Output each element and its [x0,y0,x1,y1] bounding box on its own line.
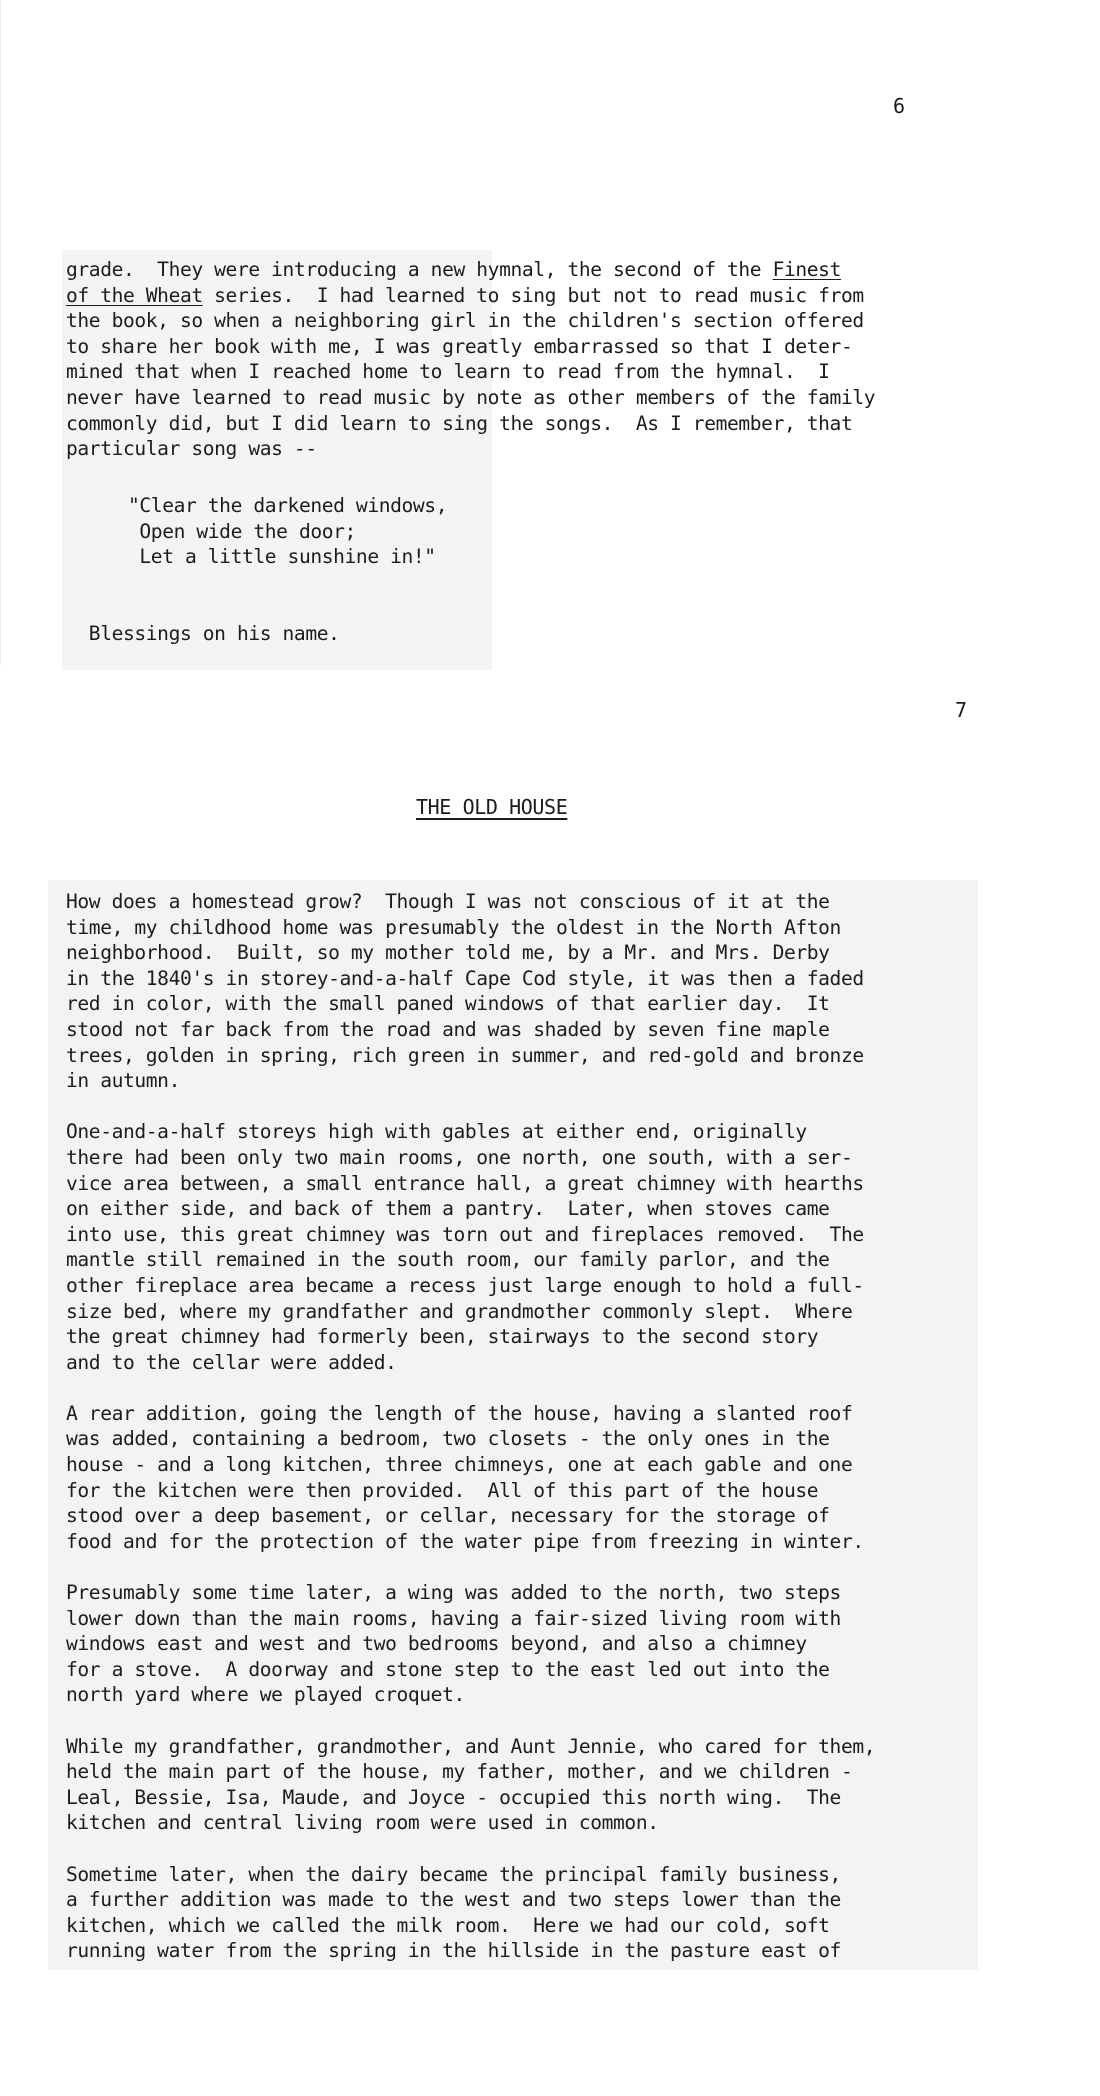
text-line: mined that when I reached home to learn … [66,359,875,385]
page-number-6: 6 [893,94,905,118]
text-line: red in color, with the small paned windo… [66,991,875,1017]
page-7-body: How does a homestead grow? Though I was … [66,889,875,1990]
text-line: A rear addition, going the length of the… [66,1401,875,1427]
text-line: kitchen, which we called the milk room. … [66,1913,875,1939]
text-line: a further addition was made to the west … [66,1887,875,1913]
text-line: held the main part of the house, my fath… [66,1759,875,1785]
text-line: One-and-a-half storeys high with gables … [66,1119,875,1145]
text-line: size bed, where my grandfather and grand… [66,1299,875,1325]
paragraph: Sometime later, when the dairy became th… [66,1862,875,1964]
text-line: food and for the protection of the water… [66,1529,875,1555]
text-line: How does a homestead grow? Though I was … [66,889,875,915]
chapter-title: THE OLD HOUSE [416,795,567,819]
text-line: Sometime later, when the dairy became th… [66,1862,875,1888]
paragraph: How does a homestead grow? Though I was … [66,889,875,1094]
text-line: for a stove. A doorway and stone step to… [66,1657,875,1683]
text-line: kitchen and central living room were use… [66,1810,875,1836]
text-line: While my grandfather, grandmother, and A… [66,1734,875,1760]
text-line: the great chimney had formerly been, sta… [66,1324,875,1350]
paragraph: Presumably some time later, a wing was a… [66,1580,875,1708]
text-line: on either side, and back of them a pantr… [66,1196,875,1222]
text-line: other fireplace area became a recess jus… [66,1273,875,1299]
text-line: commonly did, but I did learn to sing th… [66,411,875,437]
paragraph: While my grandfather, grandmother, and A… [66,1734,875,1836]
page-number-7: 7 [955,698,967,722]
book-title-underlined: of the Wheat [66,284,203,307]
text-line: in the 1840's in storey-and-a-half Cape … [66,966,875,992]
text-line: Leal, Bessie, Isa, Maude, and Joyce - oc… [66,1785,875,1811]
text-line: in autumn. [66,1068,875,1094]
text-line: windows east and west and two bedrooms b… [66,1631,875,1657]
text-line: lower down than the main rooms, having a… [66,1606,875,1632]
text-line: for the kitchen were then provided. All … [66,1478,875,1504]
text-line: the book, so when a neighboring girl in … [66,308,875,334]
verse-line: Let a little sunshine in!" [128,544,447,570]
book-title-underlined: Finest [773,258,841,281]
text-line: north yard where we played croquet. [66,1682,875,1708]
text-line: house - and a long kitchen, three chimne… [66,1452,875,1478]
text-line: running water from the spring in the hil… [66,1938,875,1964]
text-line: of the Wheat series. I had learned to si… [66,283,875,309]
text-line: and to the cellar were added. [66,1350,875,1376]
text-line: to share her book with me, I was greatly… [66,334,875,360]
text-line: into use, this great chimney was torn ou… [66,1222,875,1248]
hymn-verse: "Clear the darkened windows, Open wide t… [128,493,447,570]
text-line: particular song was -- [66,436,875,462]
text-line: there had been only two main rooms, one … [66,1145,875,1171]
verse-line: Open wide the door; [128,519,447,545]
paragraph: A rear addition, going the length of the… [66,1401,875,1555]
text-line: grade. They were introducing a new hymna… [66,257,875,283]
text-line: vice area between, a small entrance hall… [66,1171,875,1197]
paragraph: One-and-a-half storeys high with gables … [66,1119,875,1375]
verse-line: "Clear the darkened windows, [128,493,447,519]
text-line: never have learned to read music by note… [66,385,875,411]
page-6-closing: Blessings on his name. [66,595,340,646]
text-line: neighborhood. Built, so my mother told m… [66,940,875,966]
text-line: trees, golden in spring, rich green in s… [66,1043,875,1069]
text-line: stood not far back from the road and was… [66,1017,875,1043]
text-line: was added, containing a bedroom, two clo… [66,1426,875,1452]
text-line: mantle still remained in the south room,… [66,1247,875,1273]
page-6-body: grade. They were introducing a new hymna… [66,257,875,462]
text-line: time, my childhood home was presumably t… [66,915,875,941]
text-line: Presumably some time later, a wing was a… [66,1580,875,1606]
text-line: stood over a deep basement, or cellar, n… [66,1503,875,1529]
closing-line: Blessings on his name. [89,622,340,645]
